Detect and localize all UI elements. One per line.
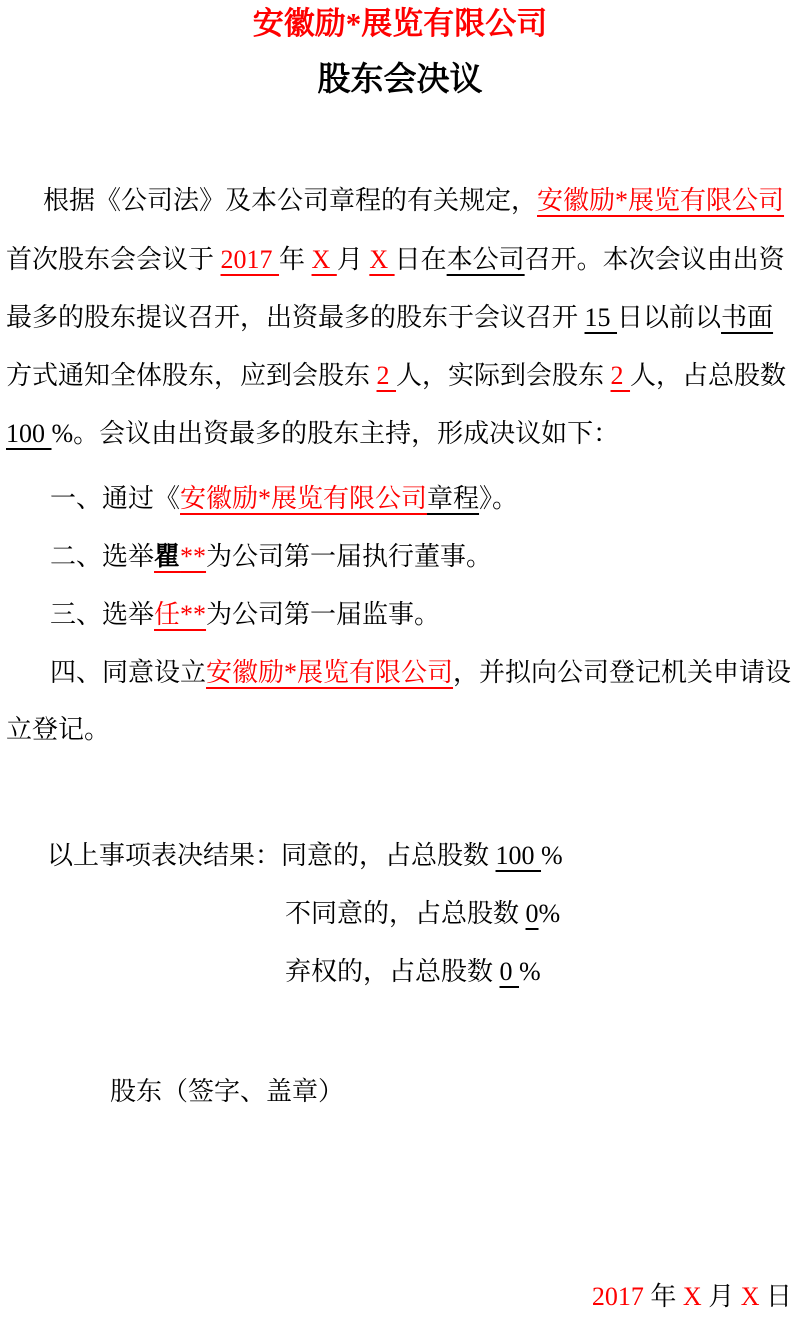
resolution-item-2: 二、选举瞿**为公司第一届执行董事。 [50,543,492,572]
director-name: 瞿 [154,542,180,571]
meeting-month: X [312,245,337,274]
text-run: 三、选举 [50,600,154,629]
text-run: 股东（签字、盖章） [110,1077,344,1106]
meeting-place: 本公司 [447,245,525,274]
para1-line2: 首次股东会会议于 2017 年 X 月 X 日在本公司召开。本次会议由出资 [6,246,785,275]
para1-line1: 根据《公司法》及本公司章程的有关规定，安徽励*展览有限公司 [43,187,784,216]
text-run: 月 [337,245,370,274]
para1-line4: 方式通知全体股东，应到会股东 2 人，实际到会股东 2 人，占总股数 [6,362,786,391]
doc-month: X [683,1282,702,1311]
text-run: 召开。本次会议由出资 [525,245,785,274]
text-run: 最多的股东提议召开，出资最多的股东于会议召开 [6,303,585,332]
shares-percent: 100 [6,419,52,448]
director-name-mask: ** [180,542,206,571]
text-run: 弃权的，占总股数 [285,957,500,986]
text-run: 根据《公司法》及本公司章程的有关规定， [43,186,537,215]
text-run: 年 [644,1282,683,1311]
company-name: 安徽励*展览有限公司 [180,484,427,513]
resolution-item-4-wrap: 立登记。 [6,716,110,745]
signature-line: 股东（签字、盖章） [110,1078,344,1107]
supervisor-name: 任** [154,600,206,629]
text-run: % [519,957,541,986]
text-run: 日 [759,1282,792,1311]
resolution-item-1: 一、通过《安徽励*展览有限公司章程》。 [50,485,518,514]
notice-days: 15 [585,303,618,332]
text-run: 四、同意设立 [50,658,206,687]
text-run: 人，实际到会股东 [396,361,611,390]
doc-year: 2017 [592,1282,644,1311]
resolution-item-3: 三、选举任**为公司第一届监事。 [50,601,440,630]
document-title: 股东会决议 [0,62,800,100]
text-run: 一、通过《 [50,484,180,513]
text-run: 》。 [479,484,518,513]
text-run: % [539,899,561,928]
text-run: 以上事项表决结果：同意的，占总股数 [47,841,496,870]
document-page: 安徽励*展览有限公司 股东会决议 根据《公司法》及本公司章程的有关规定，安徽励*… [0,0,800,1319]
text-run: %。会议由出资最多的股东主持，形成决议如下： [52,419,620,448]
disagree-percent: 0 [526,899,539,928]
text-run: ，并拟向公司登记机关申请设 [453,658,791,687]
abstain-percent: 0 [500,957,520,986]
meeting-year: 2017 [221,245,280,274]
vote-result-agree: 以上事项表决结果：同意的，占总股数 100 % [47,842,563,871]
resolution-item-4: 四、同意设立安徽励*展览有限公司，并拟向公司登记机关申请设 [50,659,791,688]
date-line: 2017 年 X 月 X 日 [592,1283,792,1312]
agree-percent: 100 [496,841,542,870]
text-run: 日以前以 [617,303,721,332]
text-run: 人，占总股数 [630,361,786,390]
vote-result-abstain: 弃权的，占总股数 0 % [285,958,541,987]
text-run: 为公司第一届监事。 [206,600,440,629]
actual-attendees: 2 [611,361,631,390]
text-run: 月 [702,1282,741,1311]
doc-day: X [741,1282,760,1311]
text-run: 日在 [395,245,447,274]
vote-result-disagree: 不同意的，占总股数 0% [285,900,560,929]
notice-method: 书面 [721,303,773,332]
expected-attendees: 2 [377,361,397,390]
para1-line3: 最多的股东提议召开，出资最多的股东于会议召开 15 日以前以书面 [6,304,773,333]
para1-line5: 100 %。会议由出资最多的股东主持，形成决议如下： [6,420,619,449]
text-run: 方式通知全体股东，应到会股东 [6,361,377,390]
text-run: 立登记。 [6,715,110,744]
text-run: 二、选举 [50,542,154,571]
company-title: 安徽励*展览有限公司 [0,6,800,42]
text-run: 为公司第一届执行董事。 [206,542,492,571]
text-run: 不同意的，占总股数 [285,899,526,928]
company-name: 安徽励*展览有限公司 [537,186,784,215]
company-name: 安徽励*展览有限公司 [206,658,453,687]
text-run: 首次股东会会议于 [6,245,221,274]
meeting-day: X [369,245,394,274]
text-run: 章程 [427,484,479,513]
text-run: 年 [279,245,312,274]
text-run: % [541,841,563,870]
